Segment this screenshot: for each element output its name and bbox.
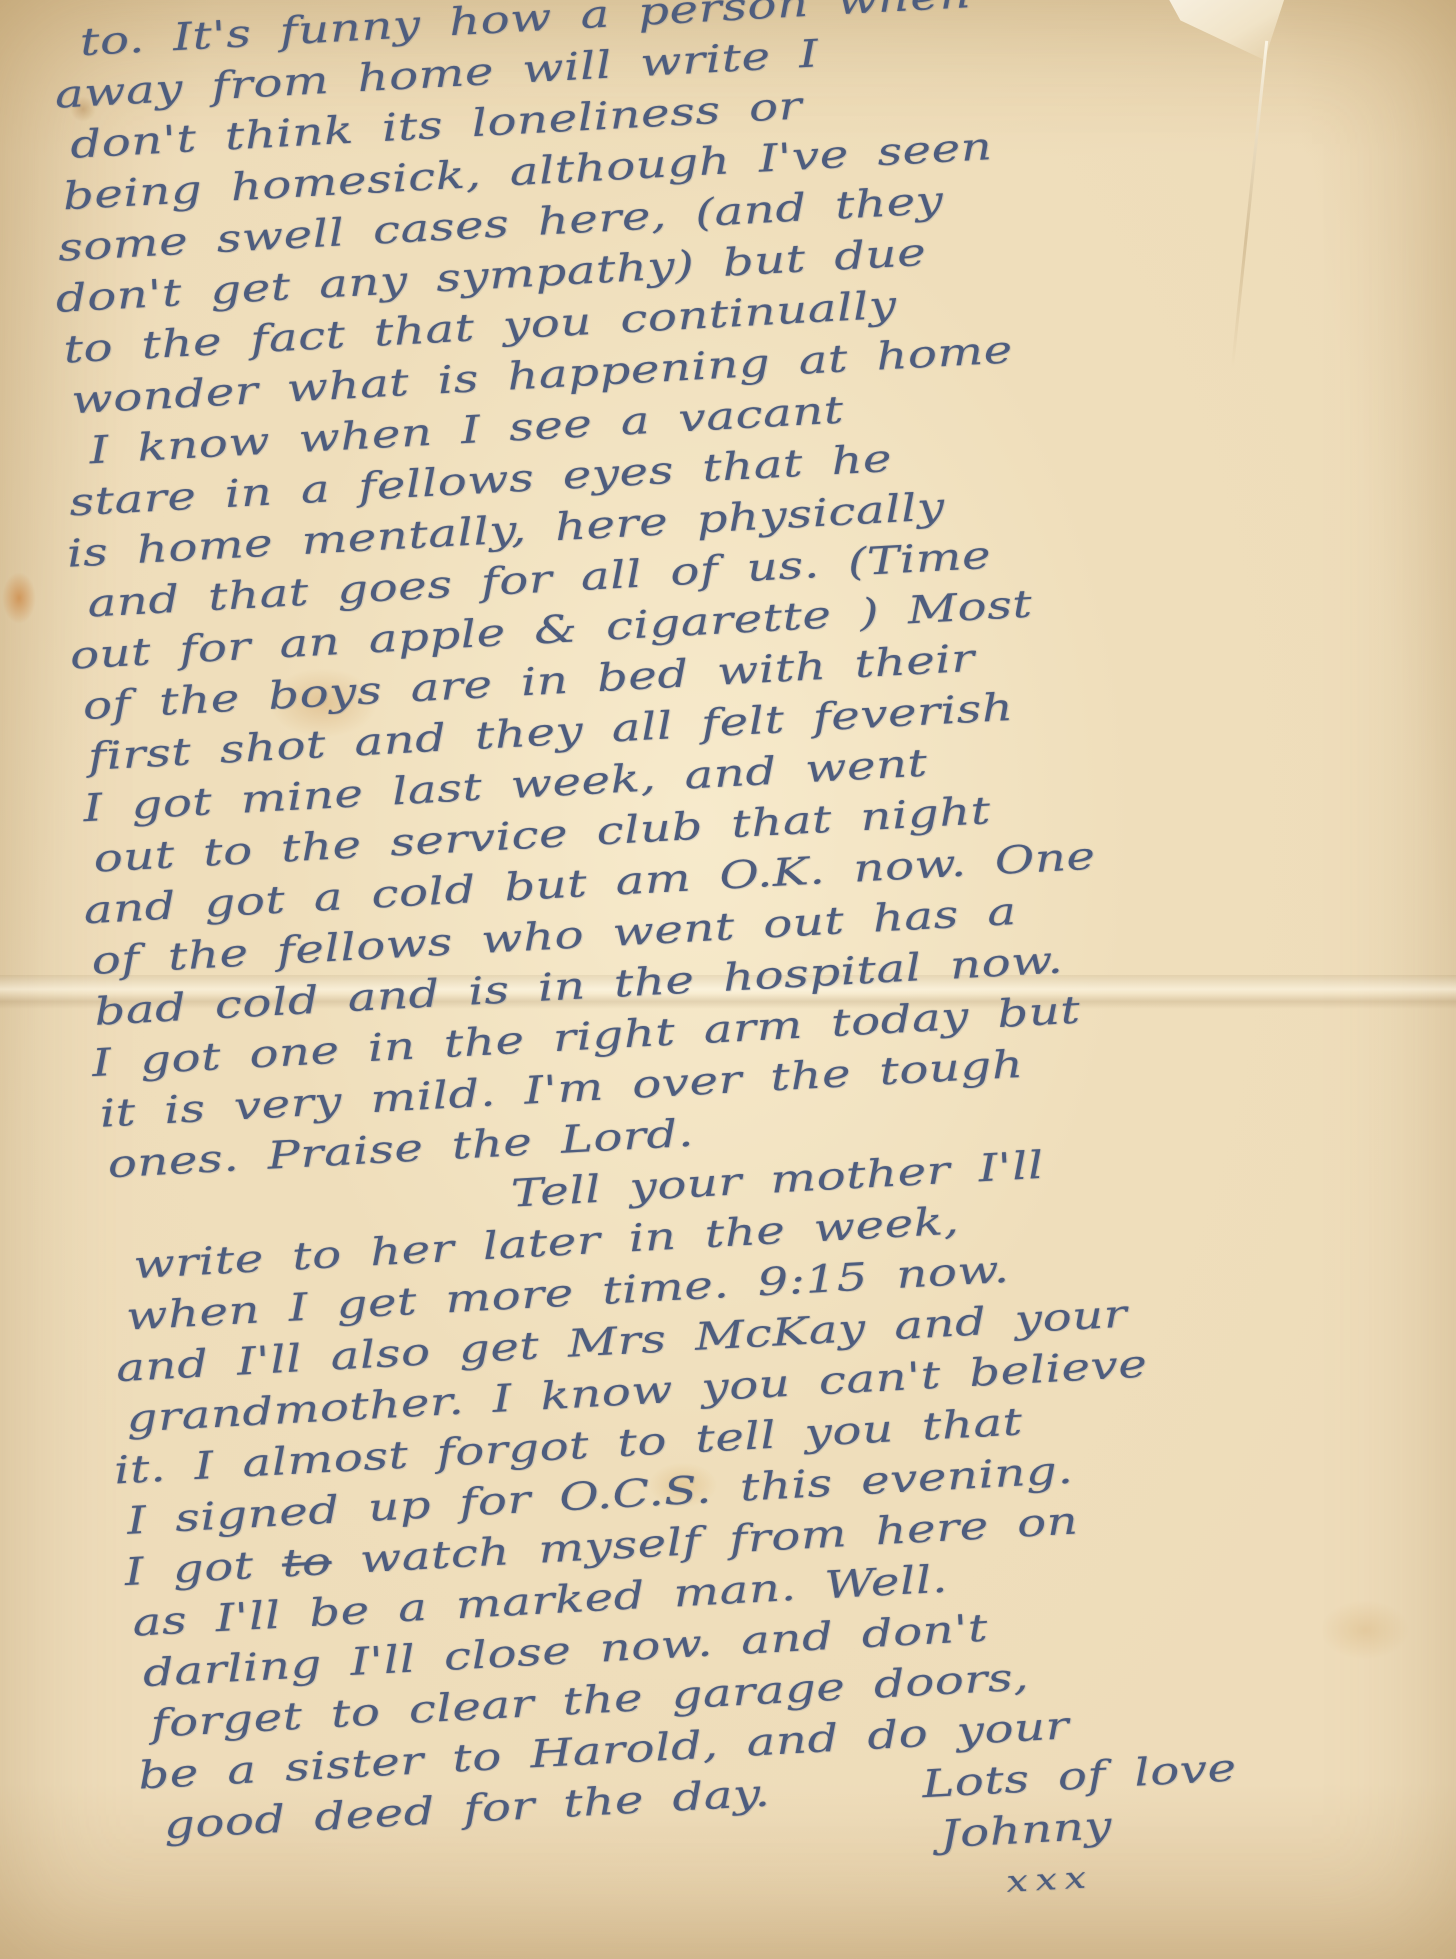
letter-page: to. It's funny how a person when away fr… [0,0,1456,1959]
line-text: I got [124,1542,284,1594]
letter-body: to. It's funny how a person when away fr… [28,0,1456,1955]
stain [2,572,36,624]
struck-word: to [281,1539,333,1586]
